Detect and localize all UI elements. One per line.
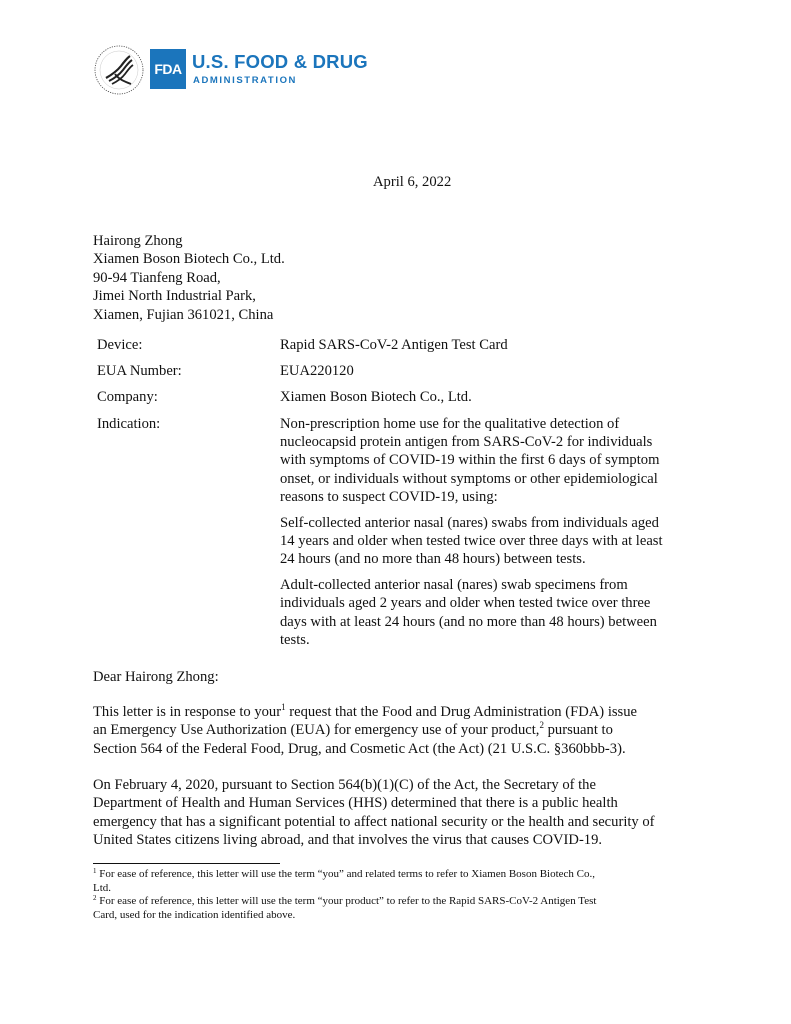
footnote-1: 1 For ease of reference, this letter wil… bbox=[93, 868, 596, 882]
hhs-eagle-seal-icon bbox=[93, 44, 145, 96]
body-paragraph-1: This letter is in response to your1 requ… bbox=[93, 703, 637, 758]
device-value: Rapid SARS-CoV-2 Antigen Test Card bbox=[280, 336, 690, 354]
device-label: Device: bbox=[97, 336, 280, 354]
footnote-divider bbox=[93, 863, 280, 864]
body-paragraph-2: On February 4, 2020, pursuant to Section… bbox=[93, 776, 655, 850]
recipient-company: Xiamen Boson Biotech Co., Ltd. bbox=[93, 250, 285, 268]
row-device: Device: Rapid SARS-CoV-2 Antigen Test Ca… bbox=[97, 336, 697, 354]
indication-paragraph: Adult-collected anterior nasal (nares) s… bbox=[280, 576, 690, 650]
row-eua-number: EUA Number: EUA220120 bbox=[97, 362, 697, 380]
indication-paragraph: Non-prescription home use for the qualit… bbox=[280, 415, 690, 507]
company-label: Company: bbox=[97, 388, 280, 406]
indication-label: Indication: bbox=[97, 415, 280, 657]
recipient-name: Hairong Zhong bbox=[93, 232, 285, 250]
eua-number-value: EUA220120 bbox=[280, 362, 690, 380]
eua-details-table: Device: Rapid SARS-CoV-2 Antigen Test Ca… bbox=[97, 336, 697, 664]
agency-subtitle: ADMINISTRATION bbox=[193, 75, 297, 86]
company-value: Xiamen Boson Biotech Co., Ltd. bbox=[280, 388, 690, 406]
recipient-city: Xiamen, Fujian 361021, China bbox=[93, 306, 285, 324]
hhs-logo bbox=[93, 44, 145, 96]
salutation: Dear Hairong Zhong: bbox=[93, 668, 219, 686]
fda-abbr: FDA bbox=[154, 61, 181, 77]
recipient-park: Jimei North Industrial Park, bbox=[93, 287, 285, 305]
footnotes: 1 For ease of reference, this letter wil… bbox=[93, 868, 596, 922]
letter-date: April 6, 2022 bbox=[373, 173, 451, 191]
row-indication: Indication: Non-prescription home use fo… bbox=[97, 415, 697, 657]
fda-logo-box: FDA bbox=[150, 49, 186, 89]
recipient-address: Hairong Zhong Xiamen Boson Biotech Co., … bbox=[93, 232, 285, 324]
indication-value: Non-prescription home use for the qualit… bbox=[280, 415, 690, 657]
letter-page: FDA U.S. FOOD & DRUG ADMINISTRATION Apri… bbox=[0, 0, 791, 1024]
indication-paragraph: Self-collected anterior nasal (nares) sw… bbox=[280, 514, 690, 569]
agency-name: U.S. FOOD & DRUG bbox=[192, 51, 368, 73]
recipient-street: 90-94 Tianfeng Road, bbox=[93, 269, 285, 287]
row-company: Company: Xiamen Boson Biotech Co., Ltd. bbox=[97, 388, 697, 406]
footnote-2: 2 For ease of reference, this letter wil… bbox=[93, 895, 596, 909]
eua-number-label: EUA Number: bbox=[97, 362, 280, 380]
